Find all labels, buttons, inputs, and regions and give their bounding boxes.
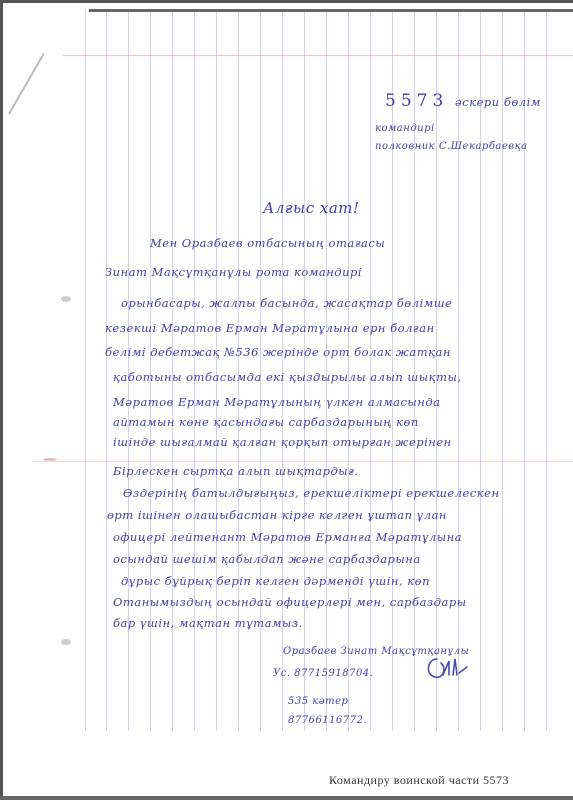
body-line: өрт ішінен олашыбастан кірге келген ұшта… — [107, 508, 447, 522]
paper-fold-edge — [8, 53, 45, 115]
body-line: орынбасары, жалпы басында, жасақтар бөлі… — [121, 296, 452, 310]
body-line: бар үшін, мақтан тұтамыз. — [113, 616, 303, 630]
scanned-page: 5573 әскери бөлім командирі полковник С.… — [3, 3, 573, 796]
body-line: Отанымыздың осындай офицерлері мен, сарб… — [113, 595, 467, 609]
body-line: дұрыс бұйрық беріп келген дәрменді үшін,… — [121, 574, 430, 588]
addressee-line-3: полковник С.Шекарбаевқа — [375, 141, 528, 152]
addressee-line-2: командирі — [375, 123, 435, 134]
signer-apartment: 535 кәтер — [288, 696, 348, 707]
body-line: Мәратов Ерман Мәратұлының үлкен алмасынд… — [113, 395, 441, 409]
body-line: қаботыны отбасымда екі қыздырылы алып шы… — [113, 370, 462, 384]
body-line: ішінде шығалмай қалған қорқып отырған же… — [113, 435, 452, 449]
binder-hole-mark — [61, 296, 71, 302]
sheet-top-edge — [89, 9, 573, 12]
scan-frame-bottom — [0, 796, 573, 800]
header-rule-line — [63, 55, 573, 56]
body-line: белімі дебетжақ №536 жерінде орт болак ж… — [105, 345, 451, 359]
letter-title: Алғыс хат! — [263, 199, 360, 217]
body-line: айтамын көне қасындағы сарбаздарының көп — [113, 415, 419, 429]
fold-crease-line — [33, 461, 573, 462]
addressee-unit-suffix: әскери бөлім — [455, 95, 541, 109]
printed-footer: Командиру воинской части 5573 — [329, 773, 509, 788]
binder-hole-mark — [61, 639, 71, 645]
addressee-unit-number: 5573 — [385, 91, 448, 111]
binder-hole-mark — [43, 458, 57, 461]
body-line: Бірлескен сыртқа алып шықтардығ. — [113, 464, 359, 478]
body-line: осындай шешім қабылдап және сарбаздарына — [113, 552, 421, 566]
body-line: Мен Оразбаев отбасының отағасы — [150, 236, 385, 250]
body-line: Өздерінің батылдығыңыз, ерекшеліктері ер… — [123, 486, 500, 500]
signer-phone-2: 87766116772. — [288, 715, 367, 726]
body-line: Зинат Мақсұтқанұлы рота командирі — [105, 265, 362, 279]
body-line: офицері лейтенант Мәратов Ерманға Мәратұ… — [113, 530, 462, 544]
sheet-margin-line — [85, 9, 86, 731]
signature-scribble — [423, 653, 469, 683]
signer-phone: Ус. 87715918704. — [273, 668, 373, 679]
body-line: кезекші Мәратов Ерман Мәратұлына ерн бол… — [105, 321, 435, 335]
